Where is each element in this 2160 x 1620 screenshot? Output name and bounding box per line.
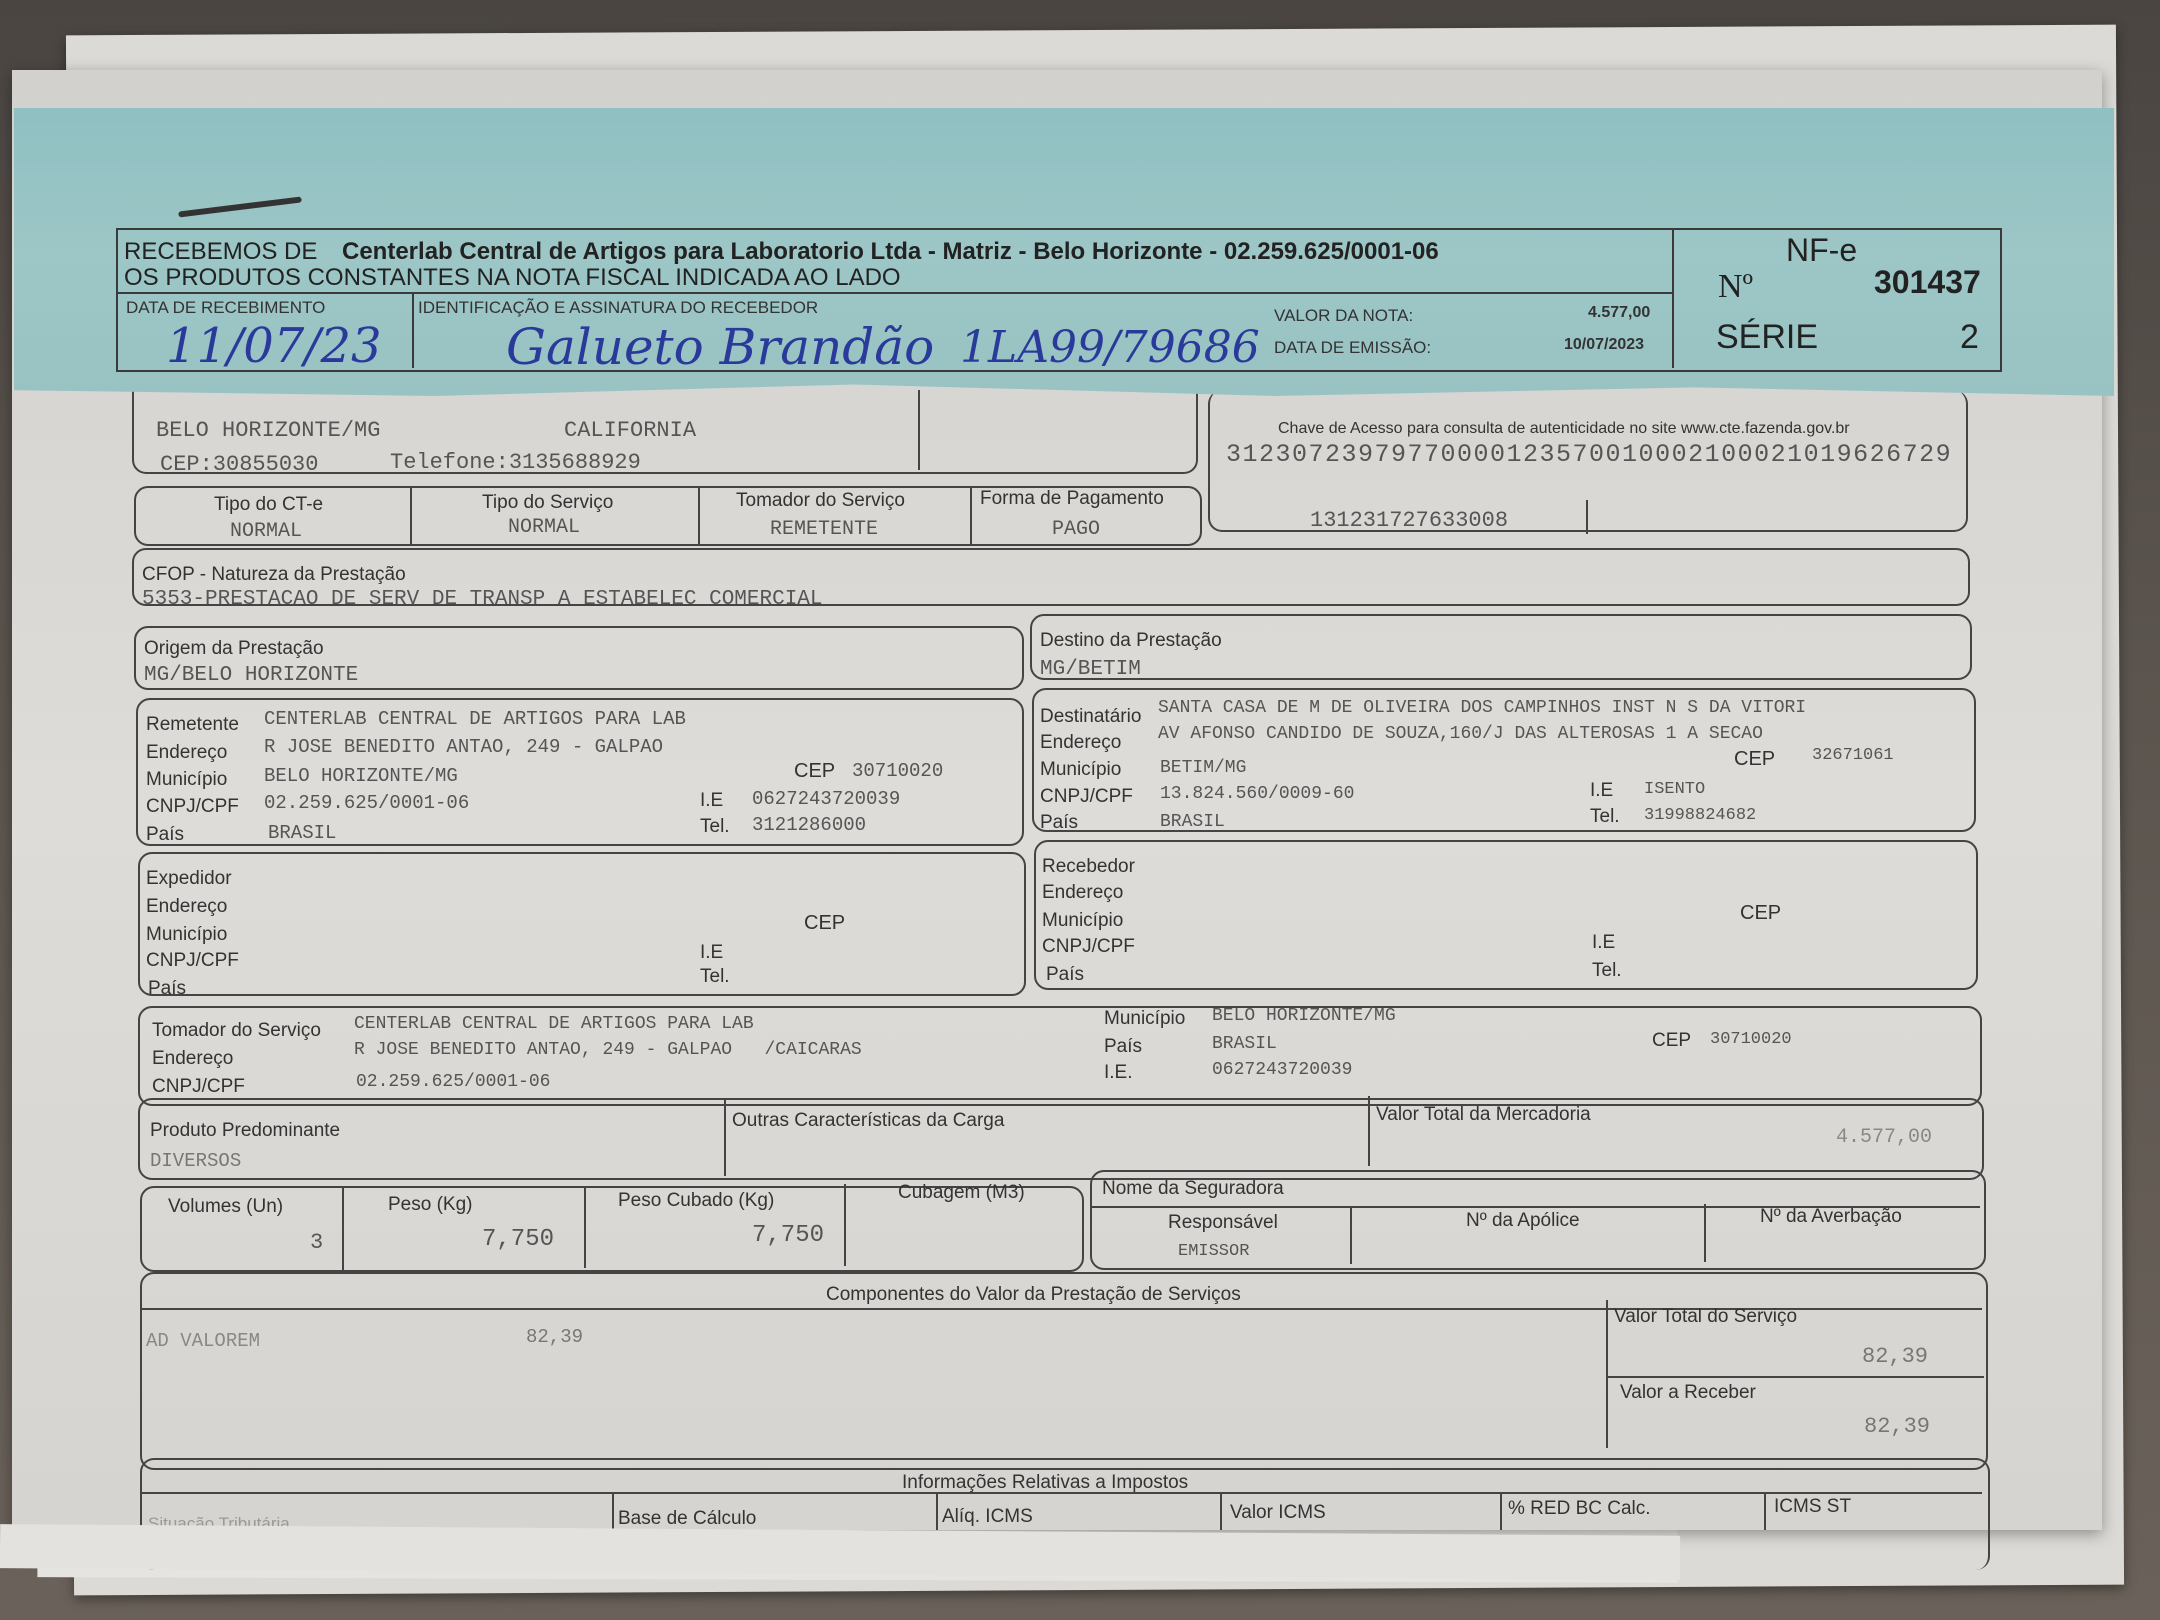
emitente-bairro: CALIFORNIA [564, 418, 696, 443]
destinatario-cnpj: 13.824.560/0009-60 [1160, 784, 1354, 804]
tomador-cnpj-label: CNPJ/CPF [152, 1076, 245, 1098]
divider [1586, 500, 1588, 534]
destinatario-tel-label: Tel. [1590, 806, 1620, 828]
tomador-endereco: R JOSE BENEDITO ANTAO, 249 - GALPAO /CAI… [354, 1040, 862, 1060]
tomador-servico-value: REMETENTE [770, 518, 878, 541]
destinatario-pais-label: País [1040, 812, 1078, 834]
destinatario-endereco-label: Endereço [1040, 732, 1121, 754]
tomador-cnpj: 02.259.625/0001-06 [356, 1072, 550, 1092]
tipo-cte-label: Tipo do CT-e [214, 494, 323, 516]
peso-cubado-label: Peso Cubado (Kg) [618, 1190, 774, 1212]
tipo-cte-value: NORMAL [230, 520, 302, 543]
remetente-cep-label: CEP [794, 760, 835, 783]
valor-receber-label: Valor a Receber [1620, 1382, 1756, 1404]
valor-total-mercadoria-label: Valor Total da Mercadoria [1376, 1104, 1591, 1126]
peso-cubado-value: 7,750 [752, 1222, 824, 1249]
destinatario-label: Destinatário [1040, 706, 1141, 728]
origem-value: MG/BELO HORIZONTE [144, 664, 358, 687]
remetente-tel-label: Tel. [700, 816, 730, 838]
divider [342, 1188, 344, 1270]
protocolo-value: 131231727633008 [1310, 508, 1508, 533]
origem-label: Origem da Prestação [144, 638, 324, 660]
tomador-cep-label: CEP [1652, 1030, 1691, 1052]
emitente-municipio: BELO HORIZONTE/MG [156, 418, 380, 443]
valor-receber-value: 82,39 [1864, 1414, 1930, 1439]
expedidor-ie-label: I.E [700, 942, 723, 964]
divider [844, 1184, 846, 1266]
divider [918, 390, 920, 470]
seguradora-label: Nome da Seguradora [1102, 1178, 1284, 1200]
tomador-ie: 0627243720039 [1212, 1060, 1352, 1080]
data-recebimento-label: DATA DE RECEBIMENTO [126, 298, 325, 318]
expedidor-label: Expedidor [146, 868, 232, 890]
peso-label: Peso (Kg) [388, 1194, 472, 1216]
valor-total-mercadoria-value: 4.577,00 [1836, 1126, 1932, 1149]
divider [1350, 1206, 1352, 1264]
canhoto-line2: OS PRODUTOS CONSTANTES NA NOTA FISCAL IN… [124, 264, 901, 292]
tomador-servico-label: Tomador do Serviço [736, 490, 905, 512]
peso-value: 7,750 [482, 1226, 554, 1253]
componente-nome: AD VALOREM [146, 1330, 260, 1352]
recebedor-label: Recebedor [1042, 856, 1135, 878]
recebedor-pais-label: País [1046, 964, 1084, 986]
expedidor-box [138, 852, 1026, 996]
recebedor-box [1034, 840, 1978, 990]
expedidor-tel-label: Tel. [700, 966, 730, 988]
serie-value: 2 [1960, 318, 1979, 357]
remetente-pais: BRASIL [268, 822, 336, 844]
data-recebimento-value[interactable]: 11/07/23 [166, 318, 382, 374]
divider [1606, 1376, 1984, 1378]
destinatario-cnpj-label: CNPJ/CPF [1040, 786, 1133, 808]
divider [410, 488, 412, 544]
divider [584, 1186, 586, 1268]
destinatario-municipio: BETIM/MG [1160, 758, 1246, 778]
divider [724, 1100, 726, 1176]
apolice-label: Nº da Apólice [1466, 1210, 1580, 1232]
destinatario-cep-label: CEP [1734, 748, 1775, 771]
divider [1704, 1204, 1706, 1262]
divider [412, 294, 414, 368]
divider [118, 292, 1674, 294]
remetente-cnpj: 02.259.625/0001-06 [264, 792, 469, 814]
emitente-telefone: Telefone:3135688929 [390, 450, 641, 475]
destinatario-tel: 31998824682 [1644, 806, 1756, 825]
destino-label: Destino da Prestação [1040, 630, 1222, 652]
tipo-servico-label: Tipo do Serviço [482, 492, 613, 514]
cubagem-label: Cubagem (M3) [898, 1182, 1025, 1204]
valor-nota-label: VALOR DA NOTA: [1274, 306, 1413, 326]
numero-value: 301437 [1874, 264, 1981, 301]
data-emissao-label: DATA DE EMISSÃO: [1274, 338, 1431, 358]
expedidor-cep-label: CEP [804, 912, 845, 935]
chave-acesso-value[interactable]: 3123072397977000012357001000210002101962… [1226, 440, 1952, 469]
destinatario-endereco: AV AFONSO CANDIDO DE SOUZA,160/J DAS ALT… [1158, 724, 1763, 744]
remetente-tel: 3121286000 [752, 814, 866, 836]
emitente-cep: CEP:30855030 [160, 452, 318, 477]
documento-manuscrito: 1LA99/79686 [960, 322, 1260, 373]
expedidor-endereco-label: Endereço [146, 896, 227, 918]
emitente-nome: Centerlab Central de Artigos para Labora… [342, 238, 1439, 266]
remetente-ie: 0627243720039 [752, 788, 900, 810]
divider [1606, 1300, 1608, 1448]
tomador-ie-label: I.E. [1104, 1062, 1133, 1084]
tomador-pais: BRASIL [1212, 1034, 1277, 1054]
valor-total-servico-value: 82,39 [1862, 1344, 1928, 1369]
destinatario-cep: 32671061 [1812, 746, 1894, 765]
produto-predominante-value: DIVERSOS [150, 1150, 241, 1172]
recebedor-municipio-label: Município [1042, 910, 1123, 932]
tomador-label: Tomador do Serviço [152, 1020, 321, 1042]
impostos-col-icms-st: ICMS ST [1774, 1496, 1851, 1518]
remetente-endereco-label: Endereço [146, 742, 227, 764]
remetente-label: Remetente [146, 714, 239, 736]
expedidor-municipio-label: Município [146, 924, 227, 946]
recebedor-endereco-label: Endereço [1042, 882, 1123, 904]
destino-value: MG/BETIM [1040, 658, 1141, 681]
expedidor-cnpj-label: CNPJ/CPF [146, 950, 239, 972]
recebedor-tel-label: Tel. [1592, 960, 1622, 982]
divider [1220, 1494, 1222, 1530]
remetente-ie-label: I.E [700, 790, 723, 812]
chave-acesso-label: Chave de Acesso para consulta de autenti… [1278, 420, 1850, 438]
componentes-title: Componentes do Valor da Prestação de Ser… [826, 1284, 1241, 1306]
expedidor-pais-label: País [148, 978, 186, 1000]
averbacao-label: Nº da Averbação [1760, 1206, 1902, 1228]
divider [1500, 1494, 1502, 1530]
divider [1764, 1494, 1766, 1530]
identificacao-label: IDENTIFICAÇÃO E ASSINATURA DO RECEBEDOR [418, 298, 818, 318]
remetente-municipio-label: Município [146, 769, 227, 791]
cfop-label: CFOP - Natureza da Prestação [142, 564, 406, 586]
recebedor-cep-label: CEP [1740, 902, 1781, 925]
impostos-col-valor: Valor ICMS [1230, 1502, 1326, 1524]
forma-pagamento-label: Forma de Pagamento [980, 488, 1164, 510]
outras-caracteristicas-label: Outras Características da Carga [732, 1110, 1004, 1132]
tomador-nome: CENTERLAB CENTRAL DE ARTIGOS PARA LAB [354, 1014, 754, 1034]
tomador-endereco-label: Endereço [152, 1048, 233, 1070]
divider [1368, 1096, 1370, 1166]
produto-predominante-label: Produto Predominante [150, 1120, 340, 1142]
remetente-cnpj-label: CNPJ/CPF [146, 796, 239, 818]
responsavel-value: EMISSOR [1178, 1242, 1249, 1261]
destinatario-pais: BRASIL [1160, 812, 1225, 832]
divider [970, 488, 972, 544]
impostos-col-base: Base de Cálculo [618, 1508, 756, 1530]
carga-box [138, 1098, 1984, 1180]
impostos-col-red: % RED BC Calc. [1508, 1498, 1651, 1520]
nfe-label: NF-e [1786, 232, 1857, 269]
componente-valor: 82,39 [526, 1326, 583, 1348]
recebedor-ie-label: I.E [1592, 932, 1615, 954]
divider [936, 1494, 938, 1530]
valor-nota-value: 4.577,00 [1588, 304, 1650, 322]
valor-total-servico-label: Valor Total do Serviço [1614, 1306, 1797, 1328]
divider [612, 1494, 614, 1530]
destinatario-municipio-label: Município [1040, 759, 1121, 781]
remetente-pais-label: País [146, 824, 184, 846]
remetente-cep: 30710020 [852, 760, 943, 782]
remetente-municipio: BELO HORIZONTE/MG [264, 765, 458, 787]
impostos-title: Informações Relativas a Impostos [902, 1472, 1188, 1494]
forma-pagamento-value: PAGO [1052, 518, 1100, 541]
tomador-municipio: BELO HORIZONTE/MG [1212, 1006, 1396, 1026]
remetente-nome: CENTERLAB CENTRAL DE ARTIGOS PARA LAB [264, 708, 686, 730]
recebemos-label: RECEBEMOS DE [124, 238, 317, 266]
volumes-value: 3 [310, 1230, 323, 1255]
numero-label: Nº [1718, 268, 1753, 306]
tomador-cep: 30710020 [1710, 1030, 1792, 1049]
remetente-endereco: R JOSE BENEDITO ANTAO, 249 - GALPAO [264, 736, 663, 758]
volumes-label: Volumes (Un) [168, 1196, 283, 1218]
impostos-col-aliq: Alíq. ICMS [942, 1506, 1033, 1528]
assinatura-recebedor[interactable]: Galueto Brandão [506, 318, 934, 376]
serie-label: SÉRIE [1716, 318, 1818, 357]
responsavel-label: Responsável [1168, 1212, 1278, 1234]
cfop-value: 5353-PRESTACAO DE SERV DE TRANSP A ESTAB… [142, 588, 823, 611]
tipo-servico-value: NORMAL [508, 516, 580, 539]
recebedor-cnpj-label: CNPJ/CPF [1042, 936, 1135, 958]
destinatario-nome: SANTA CASA DE M DE OLIVEIRA DOS CAMPINHO… [1158, 698, 1806, 718]
tomador-municipio-label: Município [1104, 1008, 1185, 1030]
data-emissao-value: 10/07/2023 [1564, 336, 1644, 354]
divider [698, 488, 700, 544]
destinatario-ie-label: I.E [1590, 780, 1613, 802]
divider [1672, 230, 1674, 368]
destinatario-ie: ISENTO [1644, 780, 1705, 799]
tomador-pais-label: País [1104, 1036, 1142, 1058]
